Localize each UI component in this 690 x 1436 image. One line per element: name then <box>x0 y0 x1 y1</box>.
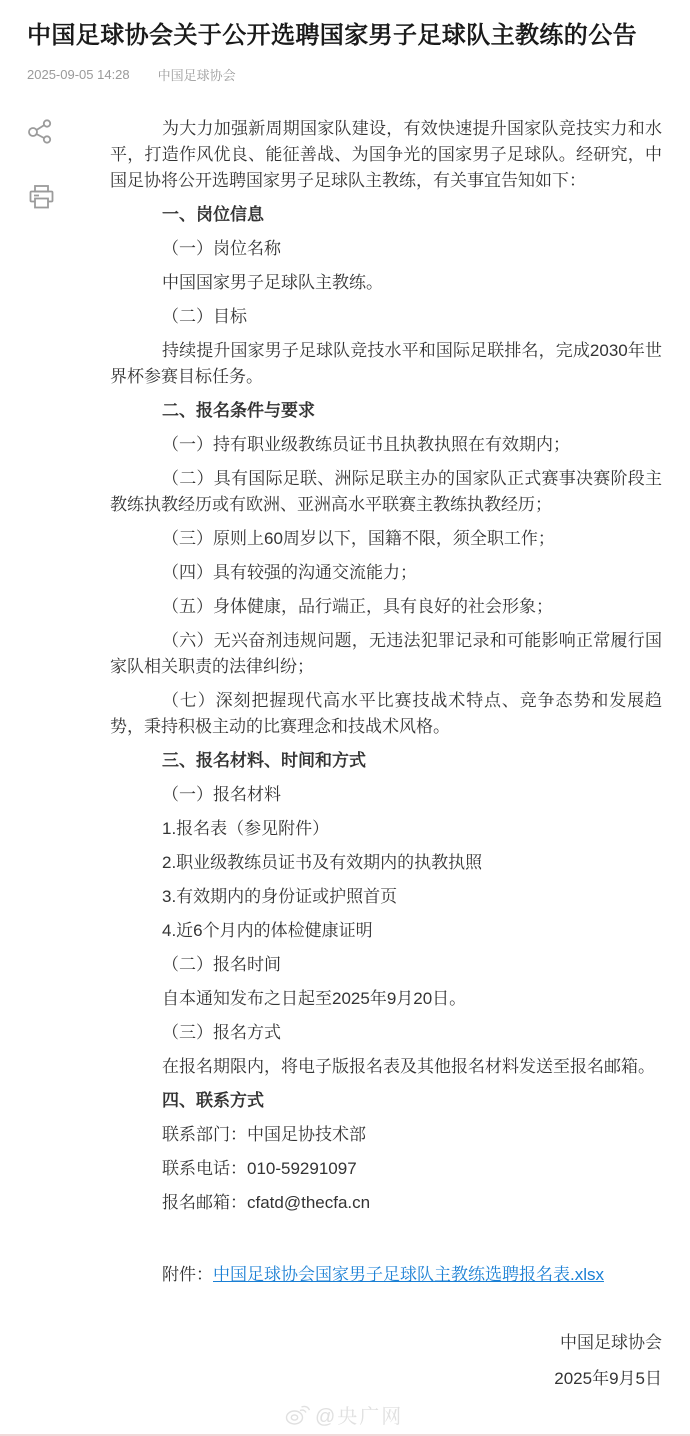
paragraph: 持续提升国家男子足球队竞技水平和国际足联排名，完成2030年世界杯参赛目标任务。 <box>110 338 662 390</box>
paragraph: （七）深刻把握现代高水平比赛技战术特点、竞争态势和发展趋势，秉持积极主动的比赛理… <box>110 688 662 740</box>
paragraph: （三）报名方式 <box>110 1020 662 1046</box>
paragraph: （二）报名时间 <box>110 952 662 978</box>
paragraph: 联系电话：010-59291097 <box>110 1156 662 1182</box>
section-heading: 三、报名材料、时间和方式 <box>110 748 662 774</box>
section-heading: 四、联系方式 <box>110 1088 662 1114</box>
paragraph: （六）无兴奋剂违规问题，无违法犯罪记录和可能影响正常履行国家队相关职责的法律纠纷… <box>110 628 662 680</box>
share-icon[interactable] <box>27 116 57 146</box>
paragraph: 联系部门：中国足协技术部 <box>110 1122 662 1148</box>
article-page: 中国足球协会关于公开选聘国家男子足球队主教练的公告 2025-09-05 14:… <box>0 0 690 1436</box>
paragraph: （一）岗位名称 <box>110 236 662 262</box>
signature-date: 2025年9月5日 <box>110 1366 662 1392</box>
paragraph: 3.有效期内的身份证或护照首页 <box>110 884 662 910</box>
article-header: 中国足球协会关于公开选聘国家男子足球队主教练的公告 2025-09-05 14:… <box>0 0 690 84</box>
paragraph: 报名邮箱：cfatd@thecfa.cn <box>110 1190 662 1216</box>
paragraph: （四）具有较强的沟通交流能力； <box>110 560 662 586</box>
section-heading: 二、报名条件与要求 <box>110 398 662 424</box>
paragraph: （三）原则上60周岁以下，国籍不限，须全职工作； <box>110 526 662 552</box>
signature-block: 中国足球协会 2025年9月5日 <box>110 1330 662 1392</box>
paragraph: 自本通知发布之日起至2025年9月20日。 <box>110 986 662 1012</box>
paragraph: 4.近6个月内的体检健康证明 <box>110 918 662 944</box>
signature-org: 中国足球协会 <box>110 1330 662 1356</box>
watermark: @央广网 <box>284 1400 403 1429</box>
paragraph: 1.报名表（参见附件） <box>110 816 662 842</box>
source-name: 中国足球协会 <box>158 65 236 84</box>
weibo-icon <box>284 1404 310 1426</box>
paragraph: （一）持有职业级教练员证书且执教执照在有效期内； <box>110 432 662 458</box>
paragraph: （一）报名材料 <box>110 782 662 808</box>
paragraph: 为大力加强新周期国家队建设，有效快速提升国家队竞技实力和水平，打造作风优良、能征… <box>110 116 662 194</box>
print-icon[interactable] <box>27 182 57 212</box>
publish-date: 2025-09-05 14:28 <box>27 67 130 82</box>
attachment-link[interactable]: 中国足球协会国家男子足球队主教练选聘报名表.xlsx <box>213 1265 604 1284</box>
page-title: 中国足球协会关于公开选聘国家男子足球队主教练的公告 <box>27 20 662 52</box>
side-toolbar <box>27 116 57 212</box>
watermark-text: @央广网 <box>315 1400 403 1429</box>
paragraph: （二）目标 <box>110 304 662 330</box>
article-meta: 2025-09-05 14:28 中国足球协会 <box>27 65 662 84</box>
section-heading: 一、岗位信息 <box>110 202 662 228</box>
article-body: 为大力加强新周期国家队建设，有效快速提升国家队竞技实力和水平，打造作风优良、能征… <box>110 116 662 1392</box>
paragraph: 2.职业级教练员证书及有效期内的执教执照 <box>110 850 662 876</box>
attachment-row: 附件：中国足球协会国家男子足球队主教练选聘报名表.xlsx <box>110 1262 662 1288</box>
paragraph: （五）身体健康，品行端正，具有良好的社会形象； <box>110 594 662 620</box>
paragraph: 在报名期限内，将电子版报名表及其他报名材料发送至报名邮箱。 <box>110 1054 662 1080</box>
paragraph: （二）具有国际足联、洲际足联主办的国家队正式赛事决赛阶段主教练执教经历或有欧洲、… <box>110 466 662 518</box>
attachment-label: 附件： <box>162 1265 213 1284</box>
paragraph: 中国国家男子足球队主教练。 <box>110 270 662 296</box>
